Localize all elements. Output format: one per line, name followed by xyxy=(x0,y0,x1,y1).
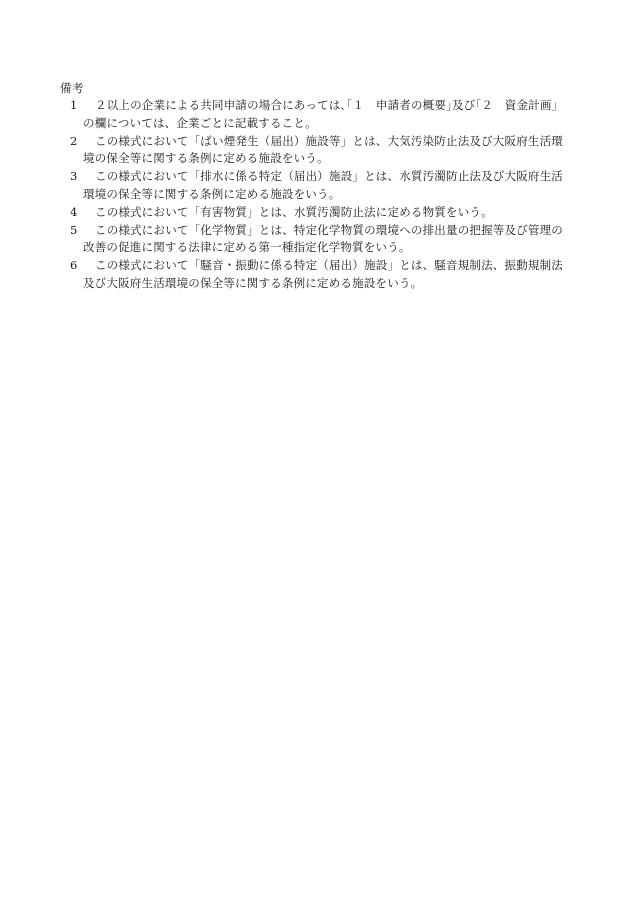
remark-text-line: ２以上の企業による共同申請の場合にあっては､｢１ 申請者の概要｣及び｢２ 資金計… xyxy=(60,97,570,115)
remark-text-line: この様式において「騒音・振動に係る特定（届出）施設」とは、騒音規制法、振動規制法 xyxy=(60,257,570,275)
remark-number: 2 xyxy=(70,133,84,151)
remark-text-line: 境の保全等に関する条例に定める施設をいう。 xyxy=(60,150,570,168)
remark-text-line: 環境の保全等に関する条例に定める施設をいう。 xyxy=(60,186,570,204)
remark-number: 4 xyxy=(70,204,84,222)
remark-number: 5 xyxy=(70,222,84,240)
remark-number: 3 xyxy=(70,168,84,186)
remark-text-line: この様式において「排水に係る特定（届出）施設」とは、水質汚濁防止法及び大阪府生活 xyxy=(60,168,570,186)
remark-number: 1 xyxy=(70,97,84,115)
remark-item-4: 4 この様式において「有害物質」とは、水質汚濁防止法に定める物質をいう。 xyxy=(60,204,570,222)
remarks-heading: 備考 xyxy=(60,79,570,97)
remark-text-line: の欄については、企業ごとに記載すること。 xyxy=(60,115,570,133)
remark-item-2: 2 この様式において「ばい煙発生（届出）施設等」とは、大気汚染防止法及び大阪府生… xyxy=(60,133,570,169)
remarks-section: 備考 1 ２以上の企業による共同申請の場合にあっては､｢１ 申請者の概要｣及び｢… xyxy=(60,79,570,293)
remark-number: 6 xyxy=(70,257,84,275)
document-page: 備考 1 ２以上の企業による共同申請の場合にあっては､｢１ 申請者の概要｣及び｢… xyxy=(0,0,630,903)
remark-item-3: 3 この様式において「排水に係る特定（届出）施設」とは、水質汚濁防止法及び大阪府… xyxy=(60,168,570,204)
remark-text-line: この様式において「有害物質」とは、水質汚濁防止法に定める物質をいう。 xyxy=(60,204,570,222)
remark-text-line: 及び大阪府生活環境の保全等に関する条例に定める施設をいう。 xyxy=(60,275,570,293)
remark-item-5: 5 この様式において「化学物質」とは、特定化学物質の環境への排出量の把握等及び管… xyxy=(60,222,570,258)
remark-item-6: 6 この様式において「騒音・振動に係る特定（届出）施設」とは、騒音規制法、振動規… xyxy=(60,257,570,293)
remark-item-1: 1 ２以上の企業による共同申請の場合にあっては､｢１ 申請者の概要｣及び｢２ 資… xyxy=(60,97,570,133)
remark-text-line: この様式において「ばい煙発生（届出）施設等」とは、大気汚染防止法及び大阪府生活環 xyxy=(60,133,570,151)
remark-text-line: 改善の促進に関する法律に定める第一種指定化学物質をいう。 xyxy=(60,239,570,257)
remark-text-line: この様式において「化学物質」とは、特定化学物質の環境への排出量の把握等及び管理の xyxy=(60,222,570,240)
